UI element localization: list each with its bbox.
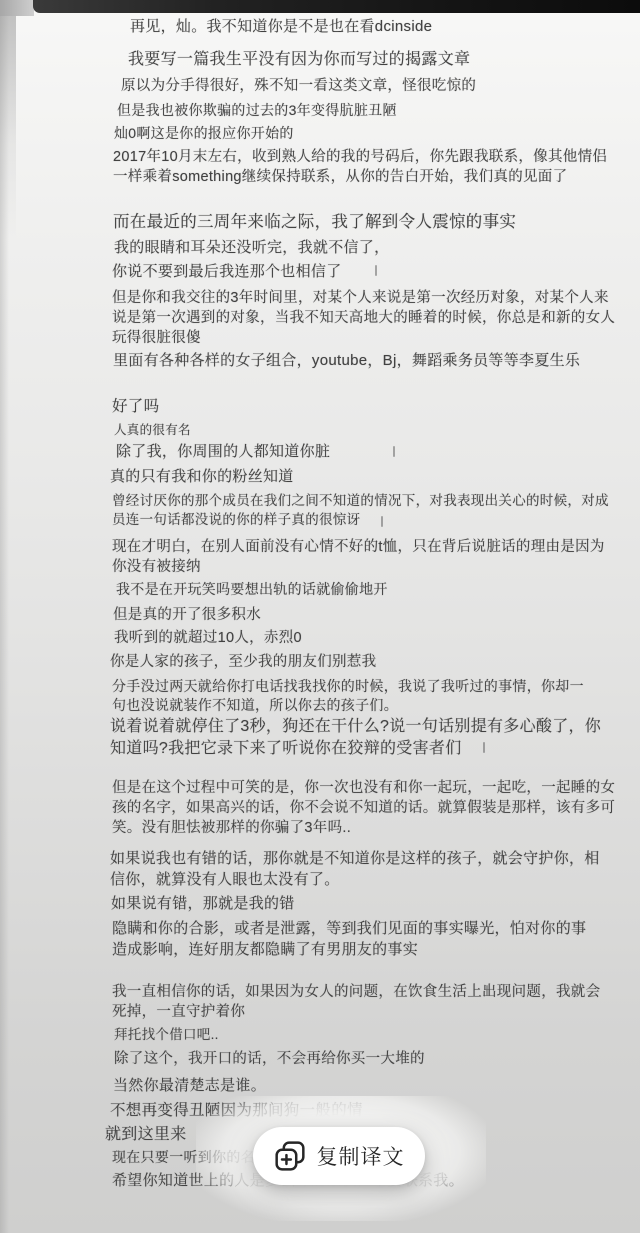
photo-artifact-mark: [493, 290, 495, 301]
paragraph: 我一直相信你的话，如果因为女人的问题，在饮食生活上出现问题，我就会死掉，一直守护…: [112, 982, 604, 1022]
paragraph: 除了我，你周围的人都知道你脏: [116, 442, 330, 463]
paragraph: 我的眼睛和耳朵还没听完，我就不信了，: [114, 238, 389, 259]
photo-artifact-mark: [483, 742, 485, 753]
paragraph: 但是你和我交往的3年时间里，对某个人来说是第一次经历对象，对某个人来说是第一次遇…: [112, 288, 620, 348]
translated-screenshot: 再见，灿。我不知道你是不是也在看dcinside我要写一篇我生平没有因为你而写过…: [0, 0, 640, 1233]
paragraph: 曾经讨厌你的那个成员在我们之间不知道的情况下，对我表现出关心的时候，对成员连一句…: [112, 492, 617, 529]
photo-artifact-mark: [381, 516, 383, 527]
paragraph: 说着说着就停住了3秒，狗还在干什么?说一句话别提有多心酸了，你知道吗?我把它录下…: [110, 716, 612, 760]
paragraph: 但是我也被你欺骗的过去的3年变得肮脏丑陋: [117, 101, 397, 120]
paragraph: 你是人家的孩子，至少我的朋友们别惹我: [110, 652, 376, 672]
paragraph: 但是真的开了很多积水: [113, 605, 261, 625]
paragraph: 拜托找个借口吧..: [114, 1026, 219, 1045]
paragraph: 而在最近的三周年来临之际，我了解到令人震惊的事实: [113, 211, 516, 234]
paragraph: 当然你最清楚志是谁。: [113, 1076, 266, 1097]
photo-artifact-mark: [393, 446, 395, 457]
paragraph: 我不是在开玩笑吗要想出轨的话就偷偷地开: [116, 580, 388, 599]
paragraph: 隐瞒和你的合影，或者是泄露，等到我们见面的事实曝光，怕对你的事造成影响，连好朋友…: [112, 919, 600, 960]
paragraph: 不想再变得丑陋因为那间狗一般的情: [110, 1100, 363, 1121]
paragraph: 再见，灿。我不知道你是不是也在看dcinside: [130, 17, 432, 38]
paragraph: 我听到的就超过10人，赤烈0: [114, 628, 302, 648]
paragraph: 我要写一篇我生平没有因为你而写过的揭露文章: [128, 49, 470, 71]
paragraph: 如果说有错，那就是我的错: [111, 894, 295, 915]
photo-artifact-mark: [467, 216, 469, 227]
paragraph: 原以为分手得很好，殊不知一看这类文章，怪很吃惊的: [121, 76, 476, 96]
copy-plus-icon: [274, 1140, 306, 1172]
paragraph: 人真的很有名: [114, 422, 191, 439]
paragraph: 里面有各种各样的女子组合，youtube，Bj，舞蹈乘务员等等李夏生乐: [113, 351, 613, 372]
translated-text: 再见，灿。我不知道你是不是也在看dcinside我要写一篇我生平没有因为你而写过…: [0, 0, 640, 1233]
copy-translation-label: 复制译文: [317, 1141, 405, 1171]
paragraph: 好了吗: [112, 396, 159, 417]
paragraph: 2017年10月末左右，收到熟人给的我的号码后，你先跟我联系，像其他情侣一样乘着…: [113, 147, 618, 187]
paragraph: 灿0啊这是你的报应你开始的: [114, 124, 294, 143]
paragraph: 真的只有我和你的粉丝知道: [110, 467, 294, 488]
photo-artifact-mark: [375, 265, 377, 276]
paragraph: 分手没过两天就给你打电话找我找你的时候，我说了我听过的事情，你却一句也没说就装作…: [112, 677, 594, 716]
photo-artifact-mark: [486, 985, 488, 996]
paragraph: 但是在这个过程中可笑的是，你一次也没有和你一起玩，一起吃，一起睡的女孩的名字，如…: [112, 778, 620, 838]
paragraph: 现在才明白，在别人面前没有心情不好的t恤，只在背后说脏话的理由是因为你没有被接纳: [112, 537, 610, 577]
paragraph: 如果说我也有错的话，那你就是不知道你是这样的孩子，就会守护你，相信你，就算没有人…: [110, 849, 602, 890]
paragraph: 除了这个，我开口的话，不会再给你买一大堆的: [114, 1049, 425, 1069]
paragraph: 你说不要到最后我连那个也相信了: [112, 262, 342, 283]
copy-translation-button[interactable]: 复制译文: [253, 1127, 425, 1185]
paragraph: 就到这里来: [105, 1124, 187, 1146]
